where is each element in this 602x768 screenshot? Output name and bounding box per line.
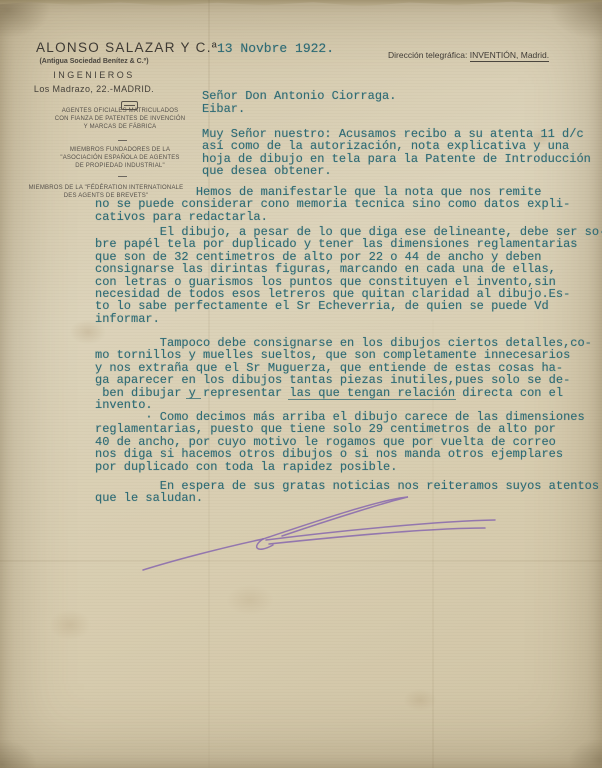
company-name: ALONSO SALAZAR Y C.ª — [36, 40, 218, 55]
paragraph-2: Hemos de manifestarle que la nota que no… — [95, 186, 570, 223]
former-company-name: (Antigua Sociedad Benítez & C.º) — [16, 58, 172, 65]
paragraph-5: · Como decimos más arriba el dibujo care… — [95, 411, 585, 473]
separator-dash — [118, 176, 127, 177]
paragraph-3: El dibujo, a pesar de lo que diga ese de… — [95, 226, 602, 325]
office-address: Los Madrazo, 22.-MADRID. — [16, 84, 172, 94]
separator-dash — [118, 140, 127, 141]
letter-date: 13 Novbre 1922. — [217, 42, 334, 56]
credential-founders: MIEMBROS FUNDADORES DE LA "ASOCIACIÓN ES… — [20, 146, 220, 170]
recipient-address: Señor Don Antonio Ciorraga. Eibar. — [202, 90, 396, 115]
credential-agents: AGENTES OFICIALES MATRICULADOS CON FIANZ… — [20, 107, 220, 131]
paragraph-1: Muy Señor nuestro: Acusamos recibo a su … — [202, 128, 591, 178]
telegraph-address-label: Dirección telegráfica: — [388, 50, 470, 60]
profession-label: INGENIEROS — [16, 70, 172, 80]
telegraph-address-value: INVENTIÓN, Madrid. — [470, 50, 549, 62]
signature-flourish — [130, 490, 510, 580]
paragraph-4: Tampoco debe consignarse en los dibujos … — [95, 337, 592, 411]
scanned-letter-page: ALONSO SALAZAR Y C.ª (Antigua Sociedad B… — [0, 0, 602, 768]
telegraph-address: Dirección telegráfica: INVENTIÓN, Madrid… — [388, 50, 549, 60]
torn-paper-edge — [0, 0, 602, 7]
